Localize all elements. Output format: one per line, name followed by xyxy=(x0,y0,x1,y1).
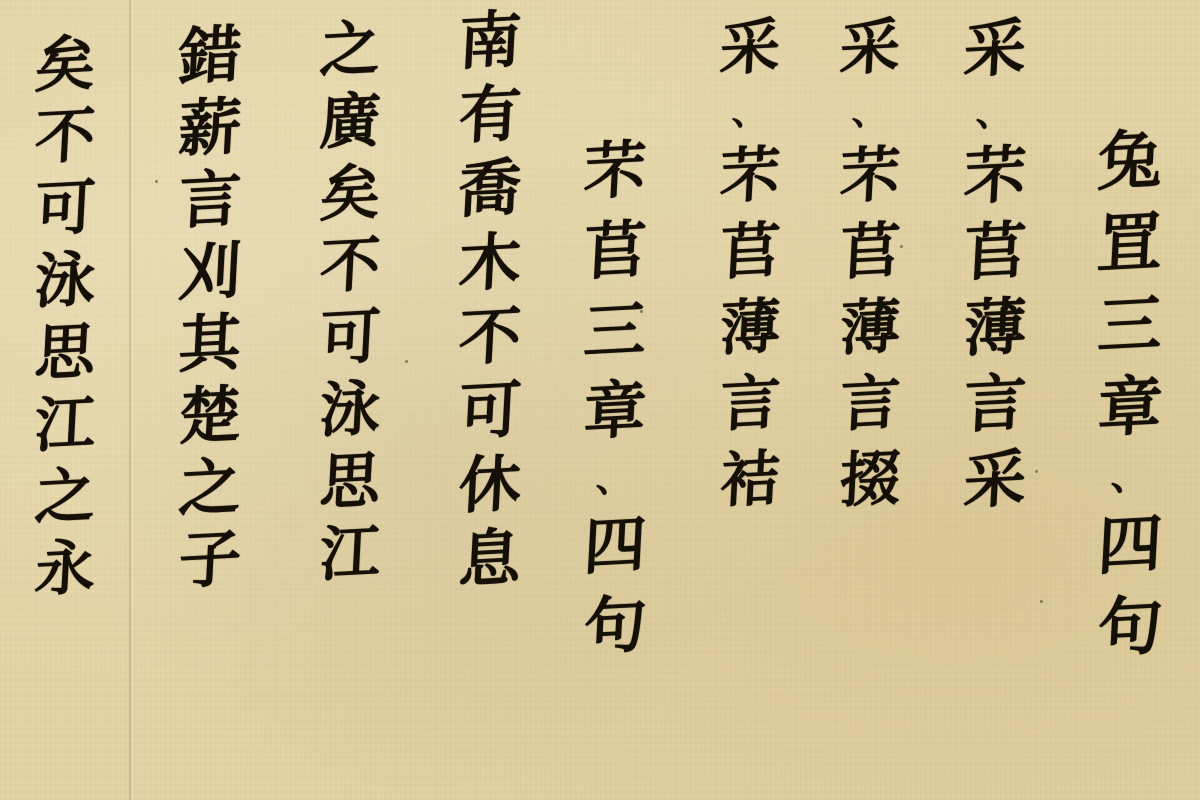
calligraphy-character: 矣 xyxy=(318,162,381,225)
calligraphy-character: 掇 xyxy=(838,448,901,511)
calligraphy-character: 泳 xyxy=(318,378,381,441)
calligraphy-character: 不 xyxy=(457,304,523,369)
repeat-mark: 、 xyxy=(975,93,1014,132)
repeat-mark: 、 xyxy=(731,93,769,131)
paper-speck xyxy=(405,360,408,363)
calligraphy-character: 廣 xyxy=(318,90,381,153)
calligraphy-character: 楚 xyxy=(177,383,243,448)
calligraphy-character: 苢 xyxy=(962,220,1028,285)
repeat-mark: 、 xyxy=(595,459,634,498)
calligraphy-character: 袺 xyxy=(718,448,781,511)
calligraphy-character: 苢 xyxy=(582,218,648,283)
calligraphy-character: 江 xyxy=(33,393,96,456)
calligraphy-character: 刈 xyxy=(177,239,243,304)
calligraphy-character: 木 xyxy=(457,230,523,295)
calligraphy-character: 三 xyxy=(1096,292,1164,359)
paper-speck xyxy=(1035,470,1038,473)
calligraphy-character: 章 xyxy=(1096,374,1164,441)
calligraphy-character: 言 xyxy=(838,372,901,435)
calligraphy-character: 言 xyxy=(962,372,1028,437)
calligraphy-character: 薄 xyxy=(962,296,1028,361)
calligraphy-character: 江 xyxy=(318,522,381,585)
calligraphy-character: 芣 xyxy=(718,144,781,207)
calligraphy-character: 南 xyxy=(457,8,523,73)
calligraphy-character: 四 xyxy=(1096,513,1164,580)
calligraphy-character: 章 xyxy=(582,378,648,443)
calligraphy-character: 不 xyxy=(33,105,96,168)
calligraphy-column: 錯薪言刈其楚之子 xyxy=(179,25,241,601)
calligraphy-character: 句 xyxy=(1096,595,1164,662)
calligraphy-character: 言 xyxy=(177,167,243,232)
calligraphy-character: 四 xyxy=(582,514,648,579)
calligraphy-character: 言 xyxy=(718,372,781,435)
calligraphy-character: 薪 xyxy=(177,95,243,160)
calligraphy-character: 思 xyxy=(33,321,96,384)
calligraphy-character: 子 xyxy=(177,527,243,592)
calligraphy-column: 南有喬木不可休息 xyxy=(459,10,521,602)
calligraphy-character: 之 xyxy=(177,455,243,520)
calligraphy-character: 休 xyxy=(457,452,523,517)
paper-speck xyxy=(1040,600,1043,603)
calligraphy-character: 錯 xyxy=(177,23,243,88)
calligraphy-column: 采、芣苢薄言采 xyxy=(964,18,1026,525)
calligraphy-character: 采 xyxy=(838,16,901,79)
calligraphy-character: 采 xyxy=(962,448,1028,513)
calligraphy-character: 其 xyxy=(177,311,243,376)
calligraphy-character: 薄 xyxy=(718,296,781,359)
calligraphy-character: 泳 xyxy=(33,249,96,312)
calligraphy-character: 三 xyxy=(582,298,648,363)
calligraphy-character: 思 xyxy=(318,450,381,513)
calligraphy-character: 苢 xyxy=(718,220,781,283)
paper-speck xyxy=(155,180,158,183)
calligraphy-character: 罝 xyxy=(1096,210,1164,277)
calligraphy-column: 采、芣苢薄言袺 xyxy=(720,18,780,526)
repeat-mark: 、 xyxy=(1110,457,1151,497)
calligraphy-character: 采 xyxy=(718,16,781,79)
calligraphy-character: 薄 xyxy=(838,296,901,359)
calligraphy-character: 可 xyxy=(318,306,381,369)
calligraphy-character: 之 xyxy=(33,465,96,528)
calligraphy-character: 句 xyxy=(582,594,648,659)
calligraphy-character: 喬 xyxy=(457,156,523,221)
calligraphy-character: 芣 xyxy=(582,138,648,203)
paper-seam xyxy=(128,0,134,800)
calligraphy-character: 可 xyxy=(457,378,523,443)
calligraphy-character: 兔 xyxy=(1096,128,1164,195)
calligraphy-column: 之廣矣不可泳思江 xyxy=(320,20,380,596)
calligraphy-scroll: 兔罝三章、四句采、芣苢薄言采采、芣苢薄言掇采、芣苢薄言袺芣苢三章、四句南有喬木不… xyxy=(0,0,1200,800)
calligraphy-character: 之 xyxy=(318,18,381,81)
calligraphy-character: 采 xyxy=(962,16,1028,81)
calligraphy-character: 芣 xyxy=(838,144,901,207)
calligraphy-character: 芣 xyxy=(962,144,1028,209)
calligraphy-character: 不 xyxy=(318,234,381,297)
calligraphy-column: 兔罝三章、四句 xyxy=(1098,130,1162,678)
calligraphy-character: 矣 xyxy=(33,33,96,96)
paper-speck xyxy=(900,245,903,248)
calligraphy-character: 息 xyxy=(457,526,523,591)
calligraphy-character: 永 xyxy=(33,537,96,600)
calligraphy-character: 有 xyxy=(457,82,523,147)
calligraphy-column: 芣苢三章、四句 xyxy=(584,140,646,675)
repeat-mark: 、 xyxy=(851,93,889,131)
calligraphy-column: 矣不可泳思江之永 xyxy=(35,35,95,611)
calligraphy-character: 可 xyxy=(33,177,96,240)
calligraphy-character: 苢 xyxy=(838,220,901,283)
calligraphy-column: 采、芣苢薄言掇 xyxy=(840,18,900,526)
